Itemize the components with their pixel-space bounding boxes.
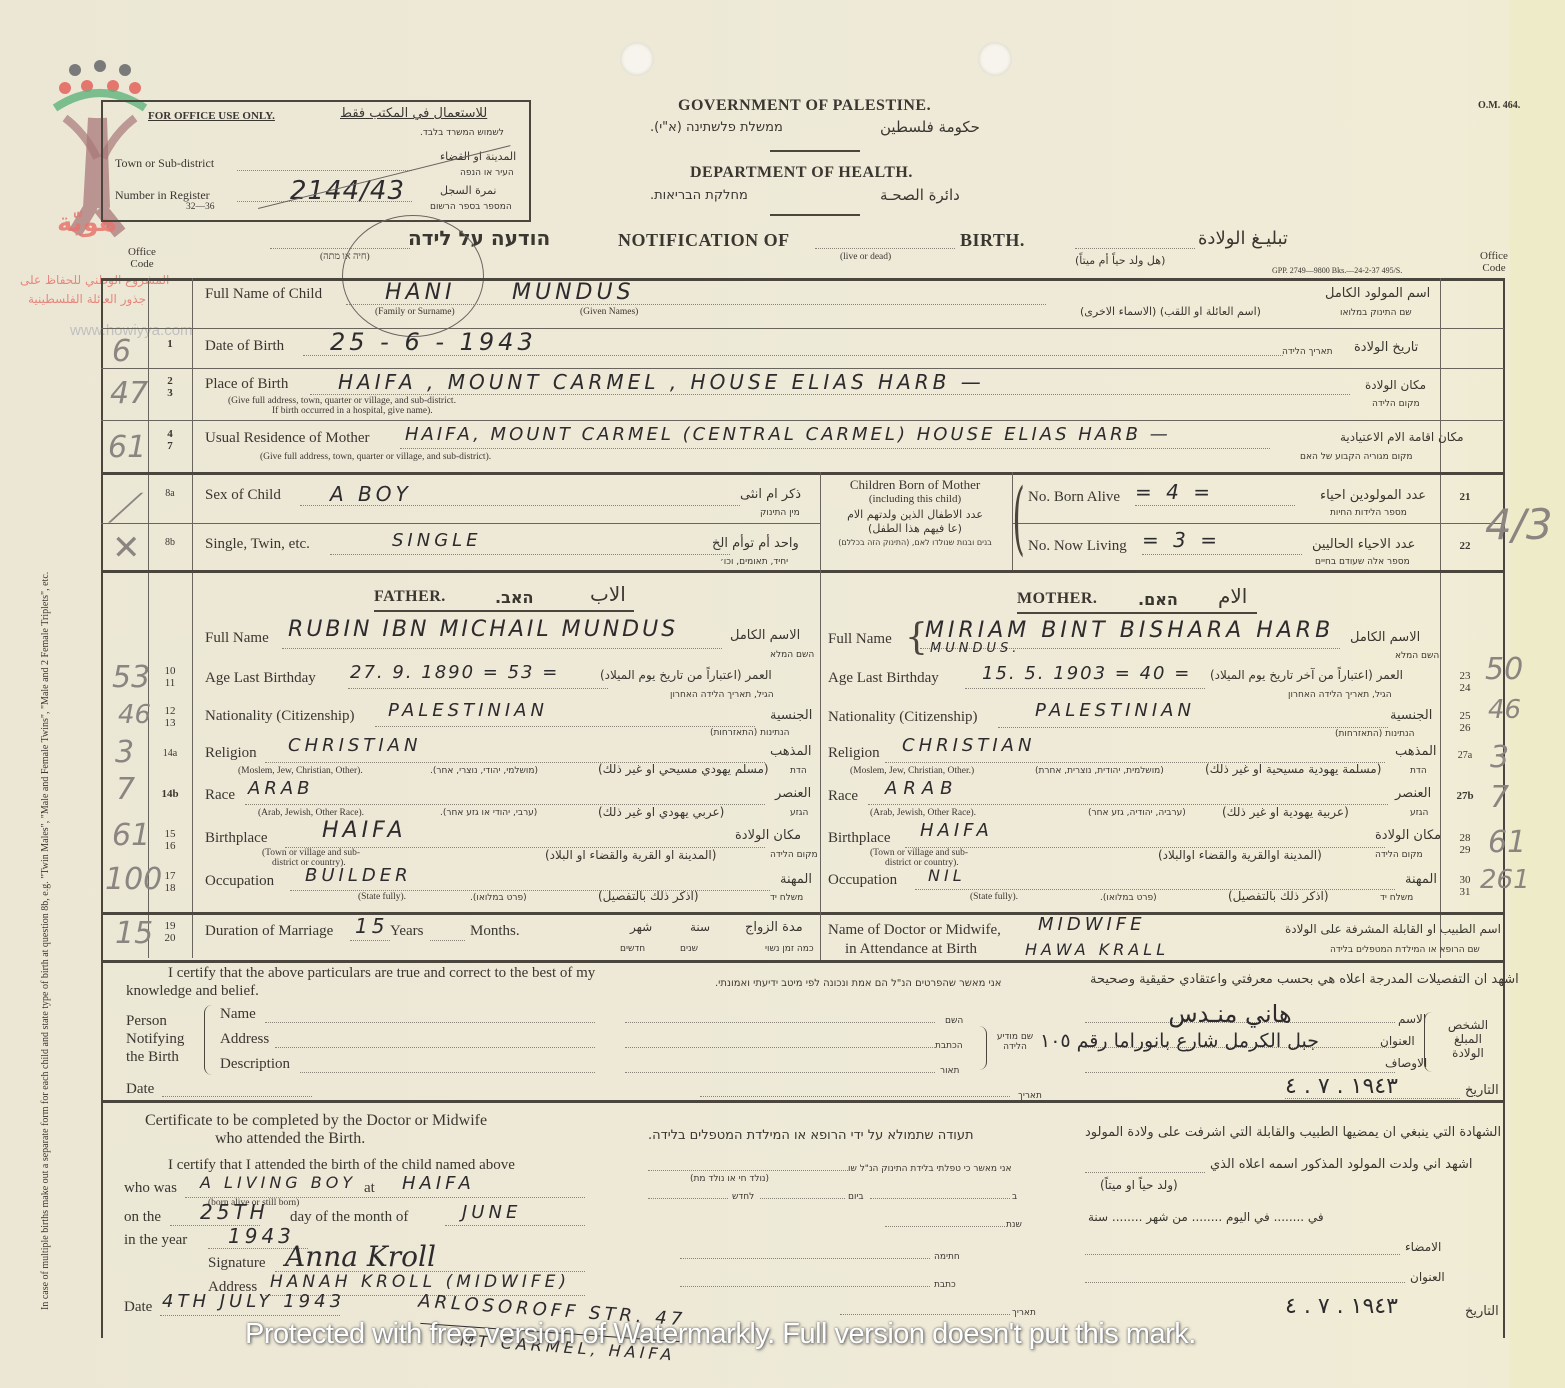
residence-label-he: מקום מגוריה הקבוע של האם [1300, 452, 1413, 462]
child-name-label-ar: اسم المولود الكامل [1325, 286, 1430, 301]
cert-born-sub-ar: (ولد حياً او ميتاً) [1100, 1178, 1178, 1192]
mother-occupation-value[interactable]: NIL [928, 866, 966, 885]
register-sub: 32—36 [186, 202, 215, 212]
cert-born-sub-he: (נולד חי או נולד מת) [690, 1174, 769, 1184]
mother-heading-ar: الام [1218, 584, 1247, 608]
dob-label: Date of Birth [205, 338, 284, 355]
pencil-code: 6 [112, 334, 131, 369]
child-given-name[interactable]: HANI [385, 280, 456, 305]
mother-religion-label-he: הדת [1410, 766, 1427, 776]
pencil-circle-mark [342, 215, 484, 337]
doctor-label-2: in Attendance at Birth [845, 941, 977, 958]
child-name-label-he: שם התינוק במלואו [1340, 308, 1412, 318]
office-use-title: FOR OFFICE USE ONLY. [148, 110, 275, 122]
notifier-date-he: תאריך [1018, 1091, 1042, 1101]
dob-label-he: תאריך הלידה [1282, 347, 1333, 357]
mother-race-sub: (Arab, Jewish, Other Race). [870, 808, 976, 818]
certificate-title-2: who attended the Birth. [215, 1130, 365, 1148]
father-nationality-value[interactable]: PALESTINIAN [388, 700, 548, 721]
father-race-label-he: הגזע [790, 808, 808, 818]
brace: ( [1012, 478, 1024, 558]
field-number: 1516 [150, 828, 190, 852]
town-label: Town or Sub-district [115, 156, 214, 171]
father-name-label-he: השם המלא [770, 650, 814, 660]
father-name-label-ar: الاسم الكامل [730, 628, 800, 643]
brace [1424, 1012, 1433, 1072]
cert-date-ar: التاريخ [1465, 1304, 1499, 1319]
father-birthplace-value[interactable]: HAIFA [322, 818, 407, 843]
mother-nationality-label: Nationality (Citizenship) [828, 709, 978, 726]
child-family-name[interactable]: MUNDUS [512, 280, 635, 305]
marriage-label-ar: مدة الزواج [745, 920, 803, 935]
month-value[interactable]: JUNE [462, 1202, 521, 1223]
cert-day-he: ביום [848, 1192, 864, 1202]
logo-site: www.howiyya.com [70, 322, 193, 339]
father-birthplace-label: Birthplace [205, 830, 267, 847]
office-use-title-ar: للاستعمال في المكتب فقط [340, 106, 487, 121]
mother-name-label-ar: الاسم الكامل [1350, 630, 1420, 645]
father-race-sub-ar: (عربي يهودي او غير ذلك) [598, 805, 724, 819]
field-number: 27a [1445, 750, 1485, 761]
watermark-text: Protected with free version of Watermark… [245, 1318, 1196, 1351]
government-title-he: ממשלת פלשתינה (א"י). [650, 120, 783, 135]
pencil-code: 100 [105, 862, 162, 897]
pencil-code: 61 [1488, 825, 1526, 860]
certify-text-he: אני מאשר שהפרטים הנ"ל הם אמת ונכונה לפי … [715, 978, 1001, 989]
mother-name-label-he: השם המלא [1395, 651, 1439, 661]
cert-year-he: שנת [1006, 1220, 1022, 1230]
sex-label-ar: ذكر ام انثى [740, 487, 801, 502]
place-label: Place of Birth [205, 376, 288, 393]
child-name-sub-ar: (اسم العائلة او اللقب) (الاسماء الاخرى) [1080, 305, 1261, 318]
mother-name-label: Full Name [828, 631, 892, 648]
father-religion-sub-ar: (مسلم يهودي مسيحي او غير ذلك) [598, 762, 769, 776]
pencil-code: 46 [118, 700, 151, 730]
now-living-label: No. Now Living [1028, 538, 1127, 555]
field-number: 22 [1445, 540, 1485, 552]
cert-sig-ar: الامضاء [1405, 1240, 1441, 1254]
certificate-title-he: תעודה שתמולא על ידי הרופא או המילדת המטפ… [648, 1128, 974, 1143]
father-religion-sub: (Moslem, Jew, Christian, Other). [238, 766, 363, 776]
father-religion-sub-he: (מושלמי, יהודי, נוצרי, אחר). [430, 766, 538, 776]
father-race-sub: (Arab, Jewish, Other Race). [258, 808, 364, 818]
residence-label-ar: مكان اقامة الام الاعتيادية [1340, 430, 1464, 444]
mother-race-sub-he: (ערביה, יהודיה, גזע אחר) [1088, 808, 1186, 818]
father-religion-label: Religion [205, 745, 257, 762]
notifier-address-he: הכתבת [935, 1041, 963, 1051]
single-label-he: יחיד, תאומים, וכו׳ [720, 557, 788, 567]
doctor-name-value[interactable]: HAWA KRALL [1025, 940, 1169, 959]
father-age-label-ar: العمر (اعتباراً من تاريخ يوم الميلاد) [600, 668, 772, 682]
father-occupation-label-ar: المهنة [780, 872, 812, 887]
notifier-person-ar: الشخص المبلغ الولادة [1438, 1018, 1498, 1060]
child-family-sub: (Family or Surname) [375, 307, 455, 317]
form-code: O.M. 464. [1478, 100, 1520, 111]
government-title: GOVERNMENT OF PALESTINE. [678, 97, 931, 115]
mother-race-sub-ar: (عربية يهودية او غير ذلك) [1222, 805, 1349, 819]
field-number: 1011 [150, 665, 190, 689]
field-number: 8a [150, 488, 190, 499]
father-religion-value[interactable]: CHRISTIAN [288, 735, 421, 756]
pencil-code: 261 [1480, 865, 1530, 895]
mother-heading-he: האם. [1138, 590, 1178, 609]
on-the-label: on the [124, 1209, 161, 1226]
born-alive-label-ar: عدد المولودين احياء [1320, 488, 1426, 503]
now-living-value[interactable]: = 3 = [1142, 528, 1221, 552]
father-name-value[interactable]: RUBIN IBN MICHAIL MUNDUS [288, 617, 678, 642]
child-given-sub: (Given Names) [580, 307, 638, 317]
marriage-month-ar: شهر [630, 920, 652, 934]
mother-birthplace-sub-ar: (المدينة اوالقرية والقضاء اوالبلاد) [1158, 848, 1322, 862]
department-title: DEPARTMENT OF HEALTH. [690, 164, 913, 182]
mother-heading: MOTHER. [1017, 590, 1097, 608]
marriage-label-he: כמה זמן נשוי [765, 944, 814, 954]
pencil-code: 7 [116, 772, 135, 807]
department-title-ar: دائرة الصحـة [880, 186, 960, 204]
born-alive-label: No. Born Alive [1028, 489, 1120, 506]
sex-value[interactable]: A BOY [330, 482, 412, 506]
mother-birthplace-sub1: (Town or village and sub- [870, 848, 968, 858]
father-age-value[interactable]: 27. 9. 1890 = 53 = [350, 662, 559, 683]
day-label: day of the month of [290, 1209, 408, 1226]
now-living-label-ar: عدد الاحياء الحاليين [1312, 537, 1415, 552]
mother-nationality-label-he: הנתינות (התאזרחות) [1335, 729, 1415, 739]
marriage-years-value[interactable]: 15 [355, 914, 388, 938]
notifier-description-he: תאור [940, 1066, 959, 1076]
mother-age-label-he: הגיל, תאריך הלידה האחרון [1288, 690, 1392, 700]
person-notifying-label: Person Notifying the Birth [126, 1012, 206, 1066]
certificate-title-ar: الشهادة التي ينبغي ان يمضيها الطبيب والق… [1085, 1125, 1501, 1140]
sex-label-he: מין התינוק [760, 508, 800, 518]
father-heading-he: האב. [495, 588, 533, 607]
mother-race-label-ar: العنصر [1395, 786, 1431, 801]
printer-code: GPP. 2749—9800 Bks.—24-2-37 495/S. [1272, 266, 1402, 275]
notifier-date-label: Date [126, 1081, 154, 1098]
doctor-label-he: שם הרופא או המילדת המטפלים בלידה [1330, 945, 1480, 955]
father-occupation-sub-ar: (اذكر ذلك بالتفصيل) [598, 889, 699, 903]
mother-birthplace-label-he: מקום הלידה [1375, 850, 1423, 860]
cert-month-he: לחדש [732, 1192, 754, 1202]
mother-occupation-label-ar: المهنة [1405, 872, 1437, 887]
certify-text: I certify that the above particulars are… [126, 964, 596, 1000]
place-label-he: מקום הלידה [1372, 399, 1420, 409]
father-nationality-label: Nationality (Citizenship) [205, 708, 355, 725]
notifier-description-ar: الاوصاف [1385, 1056, 1427, 1070]
punch-hole [978, 42, 1012, 76]
mother-race-label: Race [828, 788, 858, 805]
government-title-ar: حكومة فلسطين [880, 118, 980, 136]
pencil-mark-x: ✕ [112, 528, 141, 568]
mother-occupation-sub-ar: (اذكر ذلك بالتفصيل) [1228, 889, 1329, 903]
father-age-label: Age Last Birthday [205, 670, 316, 687]
day-value[interactable]: 25TH [200, 1200, 269, 1224]
residence-sub: (Give full address, town, quarter or vil… [260, 452, 491, 462]
father-birthplace-label-he: מקום הלידה [770, 850, 818, 860]
notification-sub-ar: (هل ولد حياً أم ميتاً) [1075, 254, 1165, 267]
brace [204, 1005, 213, 1075]
field-number: 1213 [150, 705, 190, 729]
office-code-left: Office Code [122, 246, 162, 270]
mother-religion-sub-ar: (مسلمة يهودية مسيحية او غير ذلك) [1205, 762, 1381, 776]
mother-name-value[interactable]: MIRIAM BINT BISHARA HARB [925, 618, 1334, 643]
notifier-person-he: שם מודיע הלידה [995, 1032, 1035, 1052]
father-race-label: Race [205, 787, 235, 804]
field-number: 3031 [1445, 874, 1485, 898]
register-number[interactable]: 2144/43 [290, 176, 405, 206]
marriage-months-label: Months. [470, 923, 520, 940]
mother-age-label-ar: العمر (اعتباراً من آخر تاريخ يوم الميلاد… [1210, 668, 1403, 682]
pencil-code: 61 [112, 818, 150, 853]
notifier-date-value-ar[interactable]: ١٩٤٣ . ٧ . ٤ [1285, 1074, 1398, 1099]
father-race-sub-he: (ערבי, יהודי או גזע אחר). [440, 808, 537, 818]
mother-religion-sub: (Moslem, Jew, Christian, Other.) [850, 766, 974, 776]
multiple-births-note: In case of multiple births make out a se… [40, 130, 51, 1310]
cert-b-he: ב [1012, 1192, 1017, 1202]
mother-race-label-he: הגזע [1410, 808, 1428, 818]
cert-addr-he: כתבת [934, 1280, 956, 1290]
mother-name-value-2[interactable]: MUNDUS. [930, 641, 1020, 656]
certificate-title: Certificate to be completed by the Docto… [145, 1112, 487, 1130]
marriage-month-he: חדשים [620, 944, 645, 954]
register-label-he: המספר בספר הרשום [430, 202, 512, 212]
father-nationality-label-ar: الجنسية [770, 708, 812, 723]
place-sub2: If birth occurred in a hospital, give na… [272, 406, 433, 416]
single-label-ar: واحد أم توأم الخ [712, 536, 799, 551]
father-occupation-sub: (State fully). [358, 892, 406, 902]
cert-date-value-ar[interactable]: ١٩٤٣ . ٧ . ٤ [1285, 1294, 1398, 1319]
place-sub1: (Give full address, town, quarter or vil… [228, 396, 456, 406]
signature-value[interactable]: Anna Kroll [285, 1240, 436, 1273]
field-number: 27b [1445, 790, 1485, 802]
notifier-name-label: Name [220, 1006, 256, 1023]
signature-label: Signature [208, 1255, 266, 1272]
cert-addr-ar: العنوان [1410, 1270, 1445, 1284]
notifier-address-ar: العنوان [1380, 1034, 1415, 1048]
pencil-code: 3 [115, 735, 134, 770]
pencil-code: 47 [110, 376, 148, 411]
born-alive-value[interactable]: = 4 = [1135, 480, 1214, 504]
father-nationality-label-he: הנתינות (התאזרחות) [710, 728, 790, 738]
father-occupation-label-he: משלח יד [770, 893, 803, 903]
at-value[interactable]: HAIFA [402, 1173, 475, 1194]
mother-nationality-label-ar: الجنسية [1390, 708, 1432, 723]
field-number: 1920 [150, 920, 190, 944]
cert-date-he: תאריך [1012, 1308, 1036, 1318]
pencil-mark-x: ⟋ [108, 486, 136, 532]
at-label: at [364, 1180, 375, 1197]
mother-age-value[interactable]: 15. 5. 1903 = 40 = [982, 663, 1191, 684]
mother-religion-label: Religion [828, 745, 880, 762]
place-value[interactable]: HAIFA , MOUNT CARMEL , HOUSE ELIAS HARB … [338, 370, 985, 394]
field-number: 21 [1445, 491, 1485, 503]
notification-title-birth: BIRTH. [960, 230, 1025, 251]
field-number: 23 [150, 375, 190, 399]
born-alive-label-he: מספר הלידות החיות [1330, 508, 1407, 518]
single-label: Single, Twin, etc. [205, 536, 310, 553]
department-title-he: מחלקת הבריאות. [650, 188, 748, 203]
father-heading-ar: الاب [590, 582, 626, 606]
notifier-name-ar: الاسم [1398, 1012, 1426, 1026]
notifier-description-label: Description [220, 1056, 290, 1073]
father-occupation-value[interactable]: BUILDER [305, 865, 412, 886]
mother-occupation-sub-he: (פרט במלואו). [1100, 893, 1157, 903]
single-value[interactable]: SINGLE [392, 530, 482, 551]
father-race-label-ar: العنصر [775, 786, 811, 801]
mother-birthplace-value[interactable]: HAIFA [920, 820, 993, 841]
mother-occupation-label: Occupation [828, 872, 897, 889]
mother-religion-sub-he: (מושלמית, יהודית, נוצרית, אחרת) [1035, 766, 1164, 776]
field-number: 2829 [1445, 832, 1485, 856]
brace [978, 1026, 987, 1070]
certify-text-ar: اشهد ان التفصيلات المدرجة اعلاه هي بحسب … [1090, 972, 1519, 987]
field-number: 1 [150, 338, 190, 350]
place-label-ar: مكان الولادة [1365, 378, 1426, 392]
doctor-label-ar: اسم الطبيب او القابلة المشرفة على الولاد… [1285, 922, 1501, 936]
residence-value[interactable]: HAIFA, MOUNT CARMEL (CENTRAL CARMEL) HOU… [405, 424, 1171, 445]
father-birthplace-sub1: (Town or village and sub- [262, 848, 360, 858]
father-religion-label-ar: المذهب [770, 744, 812, 759]
pencil-code: 53 [112, 660, 150, 695]
office-use-title-he: לשמוש המשרד בלבד. [420, 128, 504, 138]
residence-label: Usual Residence of Mother [205, 430, 370, 447]
field-number: 14b [150, 788, 190, 800]
mother-occupation-label-he: משלח יד [1380, 893, 1413, 903]
father-heading: FATHER. [374, 588, 446, 606]
mother-nationality-value[interactable]: PALESTINIAN [1035, 700, 1195, 721]
mother-religion-value[interactable]: CHRISTIAN [902, 735, 1035, 756]
mother-race-value[interactable]: ARAB [885, 778, 958, 799]
pencil-code: 46 [1488, 695, 1521, 725]
notifier-name-value-ar[interactable]: هاني منـدس [1085, 1000, 1375, 1028]
mother-religion-label-ar: المذهب [1395, 744, 1437, 759]
scan-margin [1510, 0, 1565, 1388]
register-label: Number in Register [115, 188, 210, 203]
cert-line1-he: אני מאשר כי טפלתי בלידת התינוק הנ"ל שו [848, 1164, 1012, 1174]
father-birthplace-label-ar: مكان الولادة [735, 828, 801, 843]
notification-title-en: NOTIFICATION OF [618, 230, 790, 251]
register-label-ar: نمرة السجل [440, 184, 496, 197]
notifier-address-label: Address [220, 1031, 269, 1048]
doctor-label: Name of Doctor or Midwife, [828, 922, 1001, 939]
mother-age-label: Age Last Birthday [828, 670, 939, 687]
pencil-code: 4/3 [1485, 500, 1553, 549]
who-was-label: who was [124, 1180, 177, 1197]
pencil-code: 3 [1490, 740, 1509, 775]
pencil-code: 7 [1490, 780, 1509, 815]
cert-sig-he: חתימה [934, 1252, 960, 1262]
pencil-code: 50 [1485, 652, 1523, 687]
mother-birthplace-label-ar: مكان الولادة [1375, 828, 1441, 843]
father-race-value[interactable]: ARAB [248, 778, 313, 799]
notifier-address-value-ar[interactable]: جبل الكرمل شارع بانوراما رقم ١٠٥ [1040, 1030, 1319, 1052]
address-value[interactable]: HANAH KROLL (MIDWIFE) [270, 1272, 570, 1292]
date-label: Date [124, 1299, 152, 1316]
pencil-code: 15 [115, 916, 153, 951]
now-living-label-he: מספר אלה שעודם בחיים [1315, 557, 1410, 567]
mother-birthplace-label: Birthplace [828, 830, 890, 847]
notification-title-ar: تبليـغ الولادة [1198, 228, 1288, 249]
notifier-name-he: השם [945, 1016, 963, 1026]
father-occupation-sub-he: (פרט במלואו). [470, 893, 527, 903]
punch-hole [620, 42, 654, 76]
cert-line1-ar: اشهد اني ولدت المولود المذكور اسمه اعلاه… [1210, 1157, 1472, 1172]
field-number: 47 [150, 428, 190, 452]
sex-label: Sex of Child [205, 487, 281, 504]
date-value[interactable]: 4TH JULY 1943 [162, 1291, 345, 1312]
certificate-line1: I certify that I attended the birth of t… [168, 1157, 515, 1174]
child-name-label: Full Name of Child [205, 286, 322, 303]
marriage-label: Duration of Marriage [205, 923, 333, 940]
cert-day-line-ar: في ........ في اليوم ........ من شهر ...… [1088, 1210, 1324, 1224]
field-number: 8b [150, 537, 190, 548]
marriage-year-ar: سنة [690, 920, 710, 934]
children-born-label: Children Born of Mother (including this … [825, 478, 1005, 550]
notifier-date-ar: التاريخ [1465, 1083, 1499, 1098]
field-number: 2526 [1445, 710, 1485, 734]
father-birthplace-sub-ar: (المدينة او القرية والقضاء او البلاد) [545, 848, 716, 862]
town-label-he: העיר או הנפה [460, 168, 514, 178]
office-code-right: Office Code [1474, 250, 1514, 274]
marriage-years-label: Years [390, 923, 423, 940]
notification-sub-en: (live or dead) [840, 252, 891, 262]
year-label: in the year [124, 1232, 187, 1249]
father-religion-label-he: הדת [790, 766, 807, 776]
dob-value[interactable]: 25 - 6 - 1943 [330, 328, 537, 356]
father-name-label: Full Name [205, 630, 269, 647]
who-was-value[interactable]: A LIVING BOY [200, 1173, 356, 1192]
father-age-label-he: הגיל, תאריך הלידה האחרון [670, 690, 774, 700]
dob-label-ar: تاريخ الولادة [1354, 340, 1418, 355]
pencil-code: 61 [108, 430, 146, 465]
field-number: 2324 [1445, 670, 1485, 694]
doctor-value[interactable]: MIDWIFE [1038, 914, 1146, 935]
field-number: 14a [150, 748, 190, 759]
father-occupation-label: Occupation [205, 873, 274, 890]
marriage-year-he: שנים [680, 944, 698, 954]
mother-occupation-sub: (State fully). [970, 892, 1018, 902]
